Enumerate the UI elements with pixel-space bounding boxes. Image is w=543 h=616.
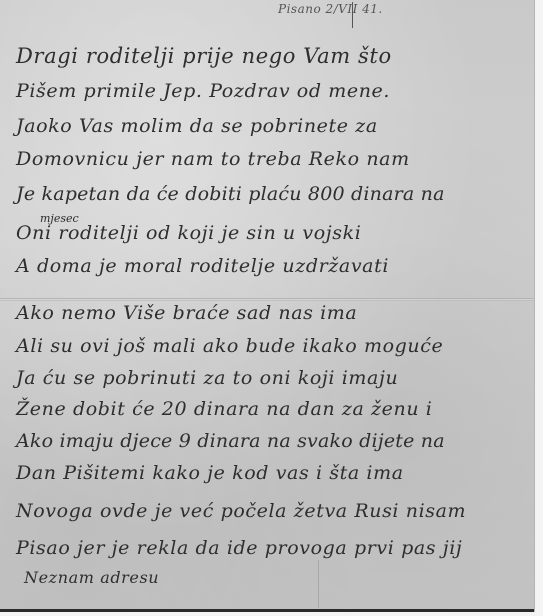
- letter-line-12: Ako imaju djece 9 dinara na svako dijete…: [16, 430, 445, 452]
- letter-line-5: Je kapetan da će dobiti plaću 800 dinara…: [16, 183, 445, 205]
- letter-line-15: Pisao jer je rekla da ide provoga prvi p…: [16, 537, 462, 559]
- letter-line-10: Ja ću se pobrinuti za to oni koji imaju: [16, 367, 398, 389]
- date-divider: [352, 2, 353, 28]
- letter-line-8: Ako nemo Više braće sad nas ima: [16, 302, 357, 324]
- letter-line-7: A doma je moral roditelje uzdržavati: [16, 255, 389, 277]
- letter-line-9: Ali su ovi još mali ako bude ikako moguć…: [16, 335, 443, 357]
- letter-line-4: Domovnicu jer nam to treba Reko nam: [16, 148, 410, 170]
- letter-line-6: Oni roditelji od koji je sin u vojski: [16, 222, 361, 244]
- letter-line-16: Neznam adresu: [24, 568, 159, 587]
- letter-line-14: Novoga ovde je već počela žetva Rusi nis…: [16, 500, 466, 522]
- letter-date: Pisano 2/VII 41.: [278, 2, 383, 16]
- paper-crease: [318, 560, 319, 608]
- letter-line-11: Žene dobit će 20 dinara na dan za ženu i: [16, 398, 432, 420]
- letter-line-1: Dragi roditelji prije nego Vam što: [16, 44, 392, 68]
- paper-fold-line: [0, 298, 534, 301]
- letter-line-13: Dan Pišitemi kako je kod vas i šta ima: [16, 462, 404, 484]
- letter-paper: Pisano 2/VII 41. Dragi roditelji prije n…: [0, 0, 534, 612]
- letter-line-2: Pišem primile Jep. Pozdrav od mene.: [16, 80, 390, 102]
- letter-line-3: Jaoko Vas molim da se pobrinete za: [16, 115, 378, 137]
